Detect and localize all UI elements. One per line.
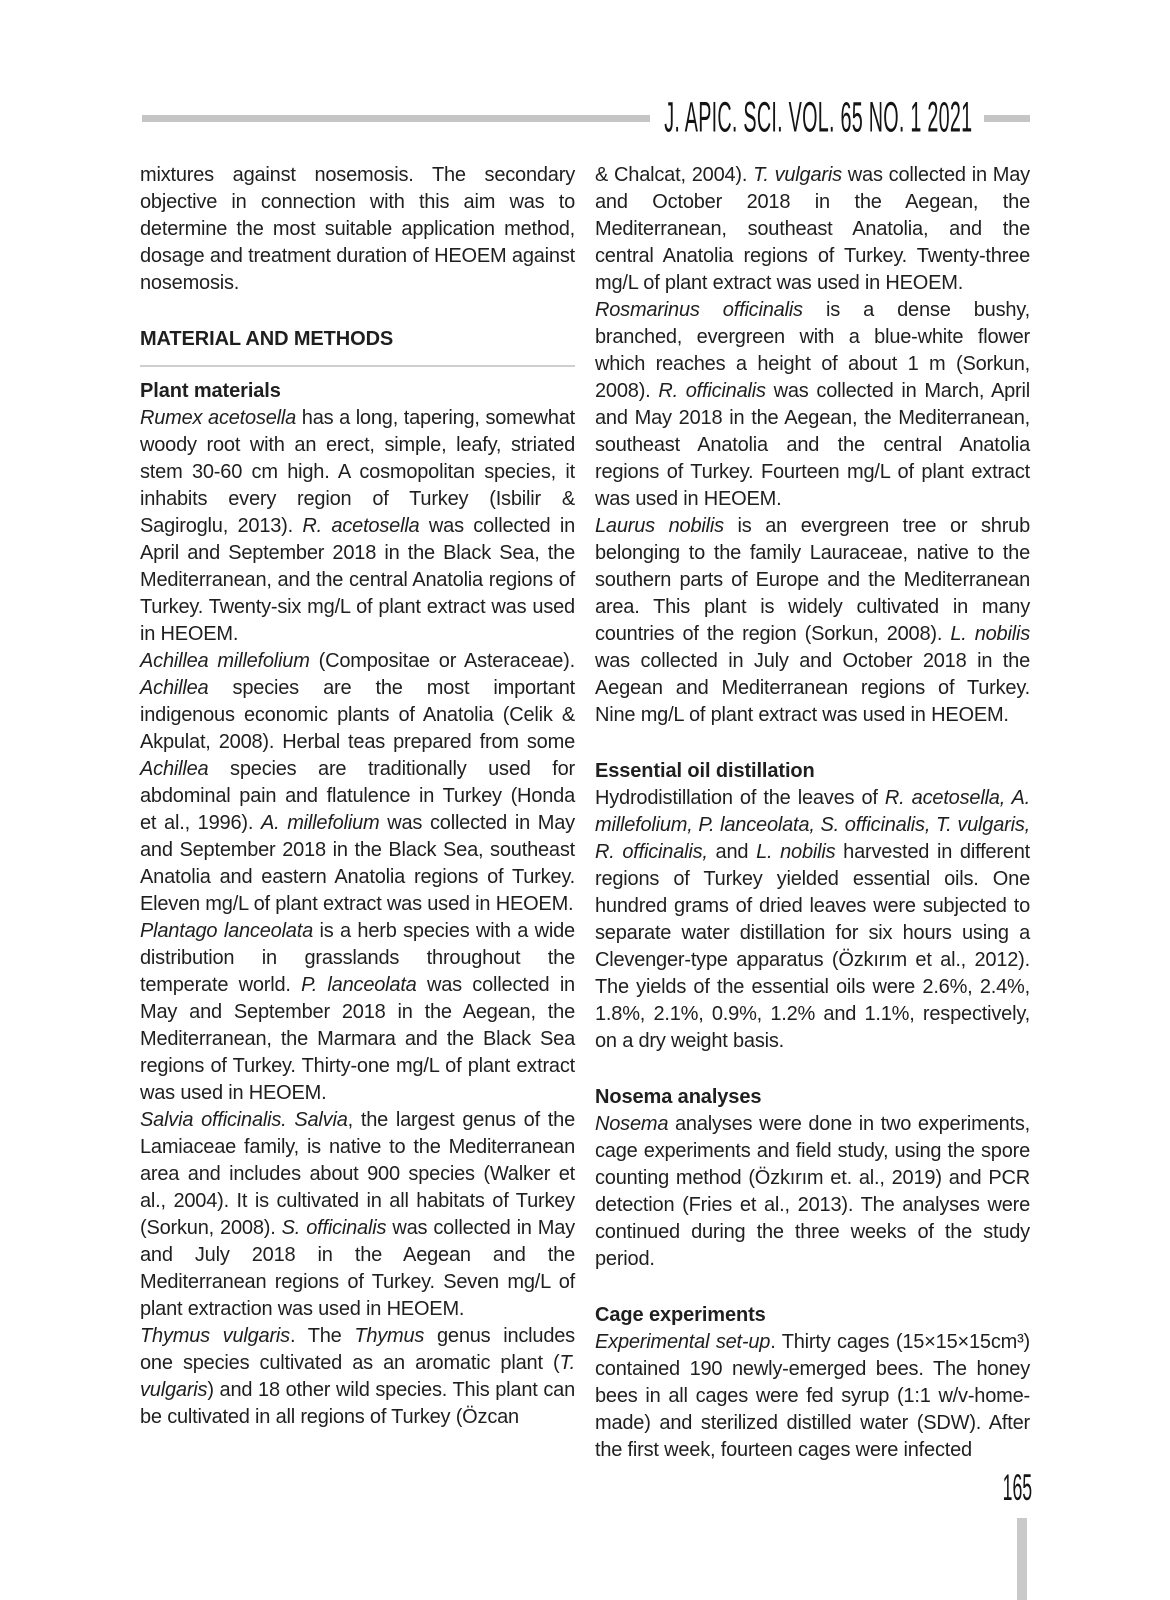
column-right: & Chalcat, 2004). T. vulgaris was collec…: [595, 162, 1030, 1464]
italic-text-run: Laurus nobilis: [595, 515, 724, 537]
italic-text-run: Plantago lanceolata: [140, 920, 313, 942]
italic-text-run: L. nobilis: [756, 841, 835, 863]
paragraph: Nosema analyses were done in two experim…: [595, 1111, 1030, 1273]
italic-text-run: T. vulgaris: [753, 164, 842, 186]
paragraph: Achillea millefolium (Compositae or Aste…: [140, 648, 575, 918]
italic-text-run: L. nobilis: [950, 623, 1030, 645]
paragraph: Rosmarinus officinalis is a dense bushy,…: [595, 297, 1030, 513]
journal-page: J. APIC. SCI. VOL. 65 NO. 1 2021 mixture…: [0, 0, 1170, 1600]
italic-text-run: Rumex acetosella: [140, 407, 296, 429]
italic-text-run: R. acetosella: [302, 515, 419, 537]
italic-text-run: Achillea: [140, 758, 208, 780]
italic-text-run: P. lanceolata: [301, 974, 416, 996]
subsection-heading: Essential oil distillation: [595, 758, 1030, 785]
subsection-heading: Nosema analyses: [595, 1084, 1030, 1111]
journal-title-box: J. APIC. SCI. VOL. 65 NO. 1 2021: [662, 96, 974, 140]
italic-text-run: R. officinalis: [658, 380, 765, 402]
journal-title: J. APIC. SCI. VOL. 65 NO. 1 2021: [664, 97, 972, 140]
italic-text-run: S. officinalis: [282, 1217, 387, 1239]
italic-text-run: Nosema: [595, 1113, 668, 1135]
paragraph: mixtures against nosemosis. The secondar…: [140, 162, 575, 297]
text-run: . The: [290, 1325, 354, 1347]
italic-text-run: Rosmarinus officinalis: [595, 299, 803, 321]
paragraph: Experimental set-up. Thirty cages (15×15…: [595, 1329, 1030, 1464]
paragraph: Hydrodistillation of the leaves of R. ac…: [595, 785, 1030, 1055]
text-run: analyses were done in two experiments, c…: [595, 1113, 1030, 1270]
text-run: mixtures against nosemosis. The secondar…: [140, 164, 575, 294]
italic-text-run: Achillea: [140, 677, 208, 699]
text-run: (Compositae or Asteraceae).: [310, 650, 575, 672]
footer-rule: [1017, 1518, 1027, 1600]
paragraph: Thymus vulgaris. The Thymus genus includ…: [140, 1323, 575, 1431]
text-run: and: [708, 841, 756, 863]
page-body: mixtures against nosemosis. The secondar…: [140, 162, 1030, 1464]
italic-text-run: Experimental set-up: [595, 1331, 770, 1353]
paragraph: Laurus nobilis is an evergreen tree or s…: [595, 513, 1030, 729]
text-run: harvested in different regions of Turkey…: [595, 841, 1030, 1052]
section-heading: MATERIAL AND METHODS: [140, 326, 575, 353]
journal-header: J. APIC. SCI. VOL. 65 NO. 1 2021: [142, 96, 1030, 140]
paragraph: Rumex acetosella has a long, tapering, s…: [140, 405, 575, 648]
italic-text-run: Thymus: [354, 1325, 424, 1347]
italic-text-run: Salvia officinalis. Salvia: [140, 1109, 348, 1131]
header-rule-right: [984, 115, 1030, 122]
text-run: was collected in July and October 2018 i…: [595, 650, 1030, 726]
subsection-heading: Cage experiments: [595, 1302, 1030, 1329]
page-number-box: 165: [985, 1468, 1049, 1508]
column-left: mixtures against nosemosis. The secondar…: [140, 162, 575, 1464]
section-divider: [140, 365, 575, 367]
italic-text-run: Thymus vulgaris: [140, 1325, 290, 1347]
italic-text-run: A. millefolium: [261, 812, 380, 834]
subsection-heading: Plant materials: [140, 378, 575, 405]
paragraph: Salvia officinalis. Salvia, the largest …: [140, 1107, 575, 1323]
text-run: & Chalcat, 2004).: [595, 164, 753, 186]
paragraph: & Chalcat, 2004). T. vulgaris was collec…: [595, 162, 1030, 297]
italic-text-run: Achillea millefolium: [140, 650, 310, 672]
paragraph: Plantago lanceolata is a herb species wi…: [140, 918, 575, 1107]
text-run: Hydrodistillation of the leaves of: [595, 787, 885, 809]
page-number: 165: [1002, 1469, 1032, 1506]
header-rule-left: [142, 115, 650, 122]
